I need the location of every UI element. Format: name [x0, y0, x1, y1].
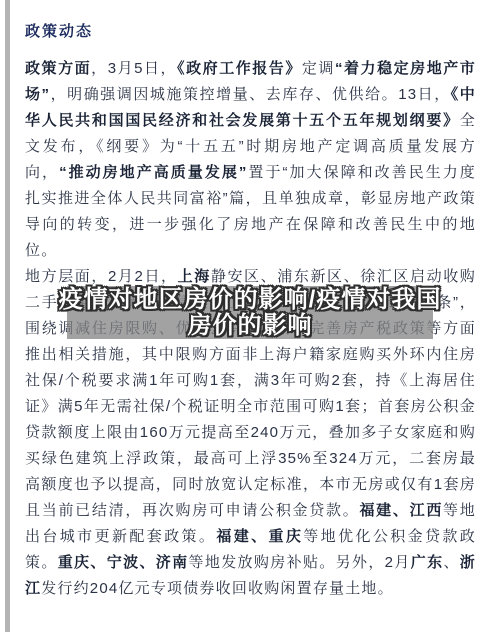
text-segment: ，明确强调因城施策控增量、去库存、优供给。13日， [50, 86, 450, 103]
watermark-line-2: 房价的影响 [188, 313, 313, 339]
watermark-line-1: 疫情对地区房价的影响/疫情对我国 [59, 287, 442, 313]
page-title: 政策动态 [25, 23, 476, 40]
text-segment: 上海 [178, 268, 211, 285]
text-segment: 地方层面，2月2日， [25, 268, 178, 285]
left-edge-bar [5, 0, 10, 632]
text-segment: 广东 [411, 554, 444, 571]
text-segment: 定调 [302, 60, 335, 77]
text-segment: 《政府工作报告》 [177, 60, 302, 77]
text-segment: 、 [443, 554, 459, 571]
watermark-overlay: 疫情对地区房价的影响/疫情对我国 房价的影响 [67, 286, 433, 339]
text-segment: 重庆、宁波、济南 [58, 554, 189, 571]
text-segment: 等地发放购房补贴。另外，2月 [189, 554, 411, 571]
text-segment: 政策方面 [25, 60, 91, 77]
text-segment: 福建、重庆 [216, 528, 303, 545]
paragraph-national-policy: 政策方面，3月5日，《政府工作报告》定调“着力稳定房地产市场”，明确强调因城施策… [25, 56, 476, 264]
text-segment: 发行约204亿元专项债券收回收购闲置存量土地。 [41, 580, 394, 597]
document-page: 政策动态 政策方面，3月5日，《政府工作报告》定调“着力稳定房地产市场”，明确强… [0, 0, 500, 632]
text-segment: “推动房地产高质量发展” [59, 164, 248, 181]
text-segment: ，3月5日， [91, 60, 177, 77]
text-segment: 福建、江西 [359, 502, 443, 519]
